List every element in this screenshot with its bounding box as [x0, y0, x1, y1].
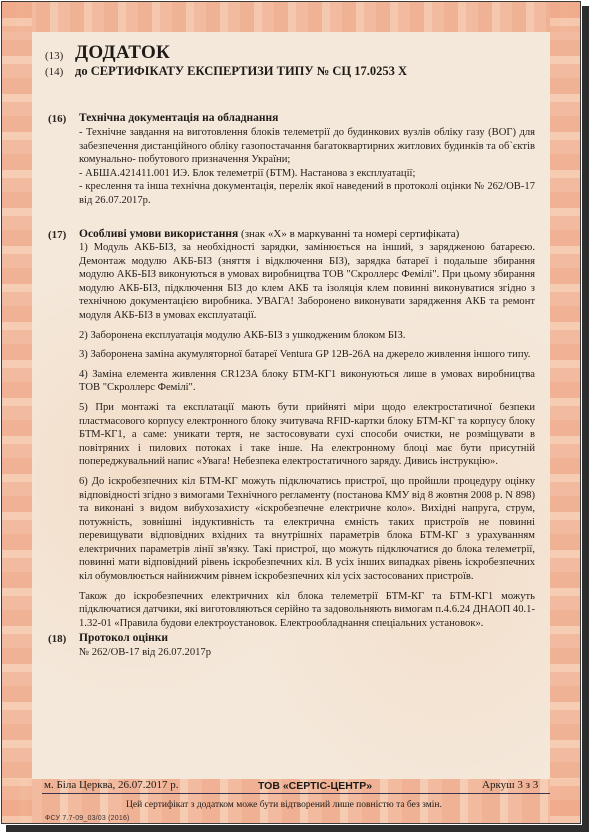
section-18-number: (18) — [48, 633, 66, 645]
title-number: (13) — [45, 50, 63, 62]
section-16-number: (16) — [48, 113, 66, 125]
section-17-title-note: (знак «Х» в маркуванні та номері сертифі… — [241, 228, 459, 240]
condition-item: 2) Заборонена експлуатація модулю АКБ-БІ… — [79, 329, 535, 343]
section-18-value: № 262/ОВ-17 від 26.07.2017р — [79, 646, 211, 660]
footer-sheet-number: Аркуш 3 з 3 — [482, 779, 538, 791]
section-17-number: (17) — [48, 229, 66, 241]
condition-item: 1) Модуль АКБ-БІЗ, за необхідності заряд… — [79, 241, 535, 323]
doc-line: - АБША.421411.001 ИЭ. Блок телеметрії (Б… — [79, 167, 535, 181]
doc-line: - креслення та інша технічна документаці… — [79, 180, 535, 207]
condition-item: 4) Заміна елемента живлення CR123A блоку… — [79, 368, 535, 395]
condition-item: Також до іскробезпечних електричних кіл … — [79, 590, 535, 631]
section-17-heading: Особливі умови використання (знак «Х» в … — [79, 228, 539, 240]
page-subtitle: до СЕРТИФІКАТУ ЕКСПЕРТИЗИ ТИПУ № СЦ 17.0… — [75, 64, 407, 79]
section-16-body: - Технічне завдання на виготовлення блок… — [79, 126, 535, 208]
footer-reproduction-note: Цей сертифікат з додатком може бути відт… — [126, 800, 442, 810]
footer-place-date: м. Біла Церква, 26.07.2017 р. — [44, 779, 179, 791]
footer-organization: ТОВ «СЕРТІС-ЦЕНТР» — [258, 780, 372, 792]
form-code: ФСУ 7.7-09_03/03 (2016) — [45, 815, 130, 822]
section-17-title: Особливі умови використання — [79, 228, 238, 240]
subtitle-number: (14) — [45, 66, 63, 78]
page-title: ДОДАТОК — [75, 42, 170, 64]
document-content: (13) ДОДАТОК (14) до СЕРТИФІКАТУ ЕКСПЕРТ… — [0, 0, 591, 833]
footer-divider — [42, 793, 550, 794]
section-16-title: Технічна документація на обладнання — [79, 112, 278, 124]
doc-line: - Технічне завдання на виготовлення блок… — [79, 126, 535, 167]
section-18-title: Протокол оцінки — [79, 632, 168, 644]
condition-item: 3) Заборонена заміна акумуляторної батар… — [79, 348, 535, 362]
condition-item: 5) При монтажі та експлатації мають бути… — [79, 401, 535, 469]
condition-item: 6) До іскробезпечних кіл БТМ-КГ можуть п… — [79, 475, 535, 584]
section-17-body: 1) Модуль АКБ-БІЗ, за необхідності заряд… — [79, 241, 535, 636]
